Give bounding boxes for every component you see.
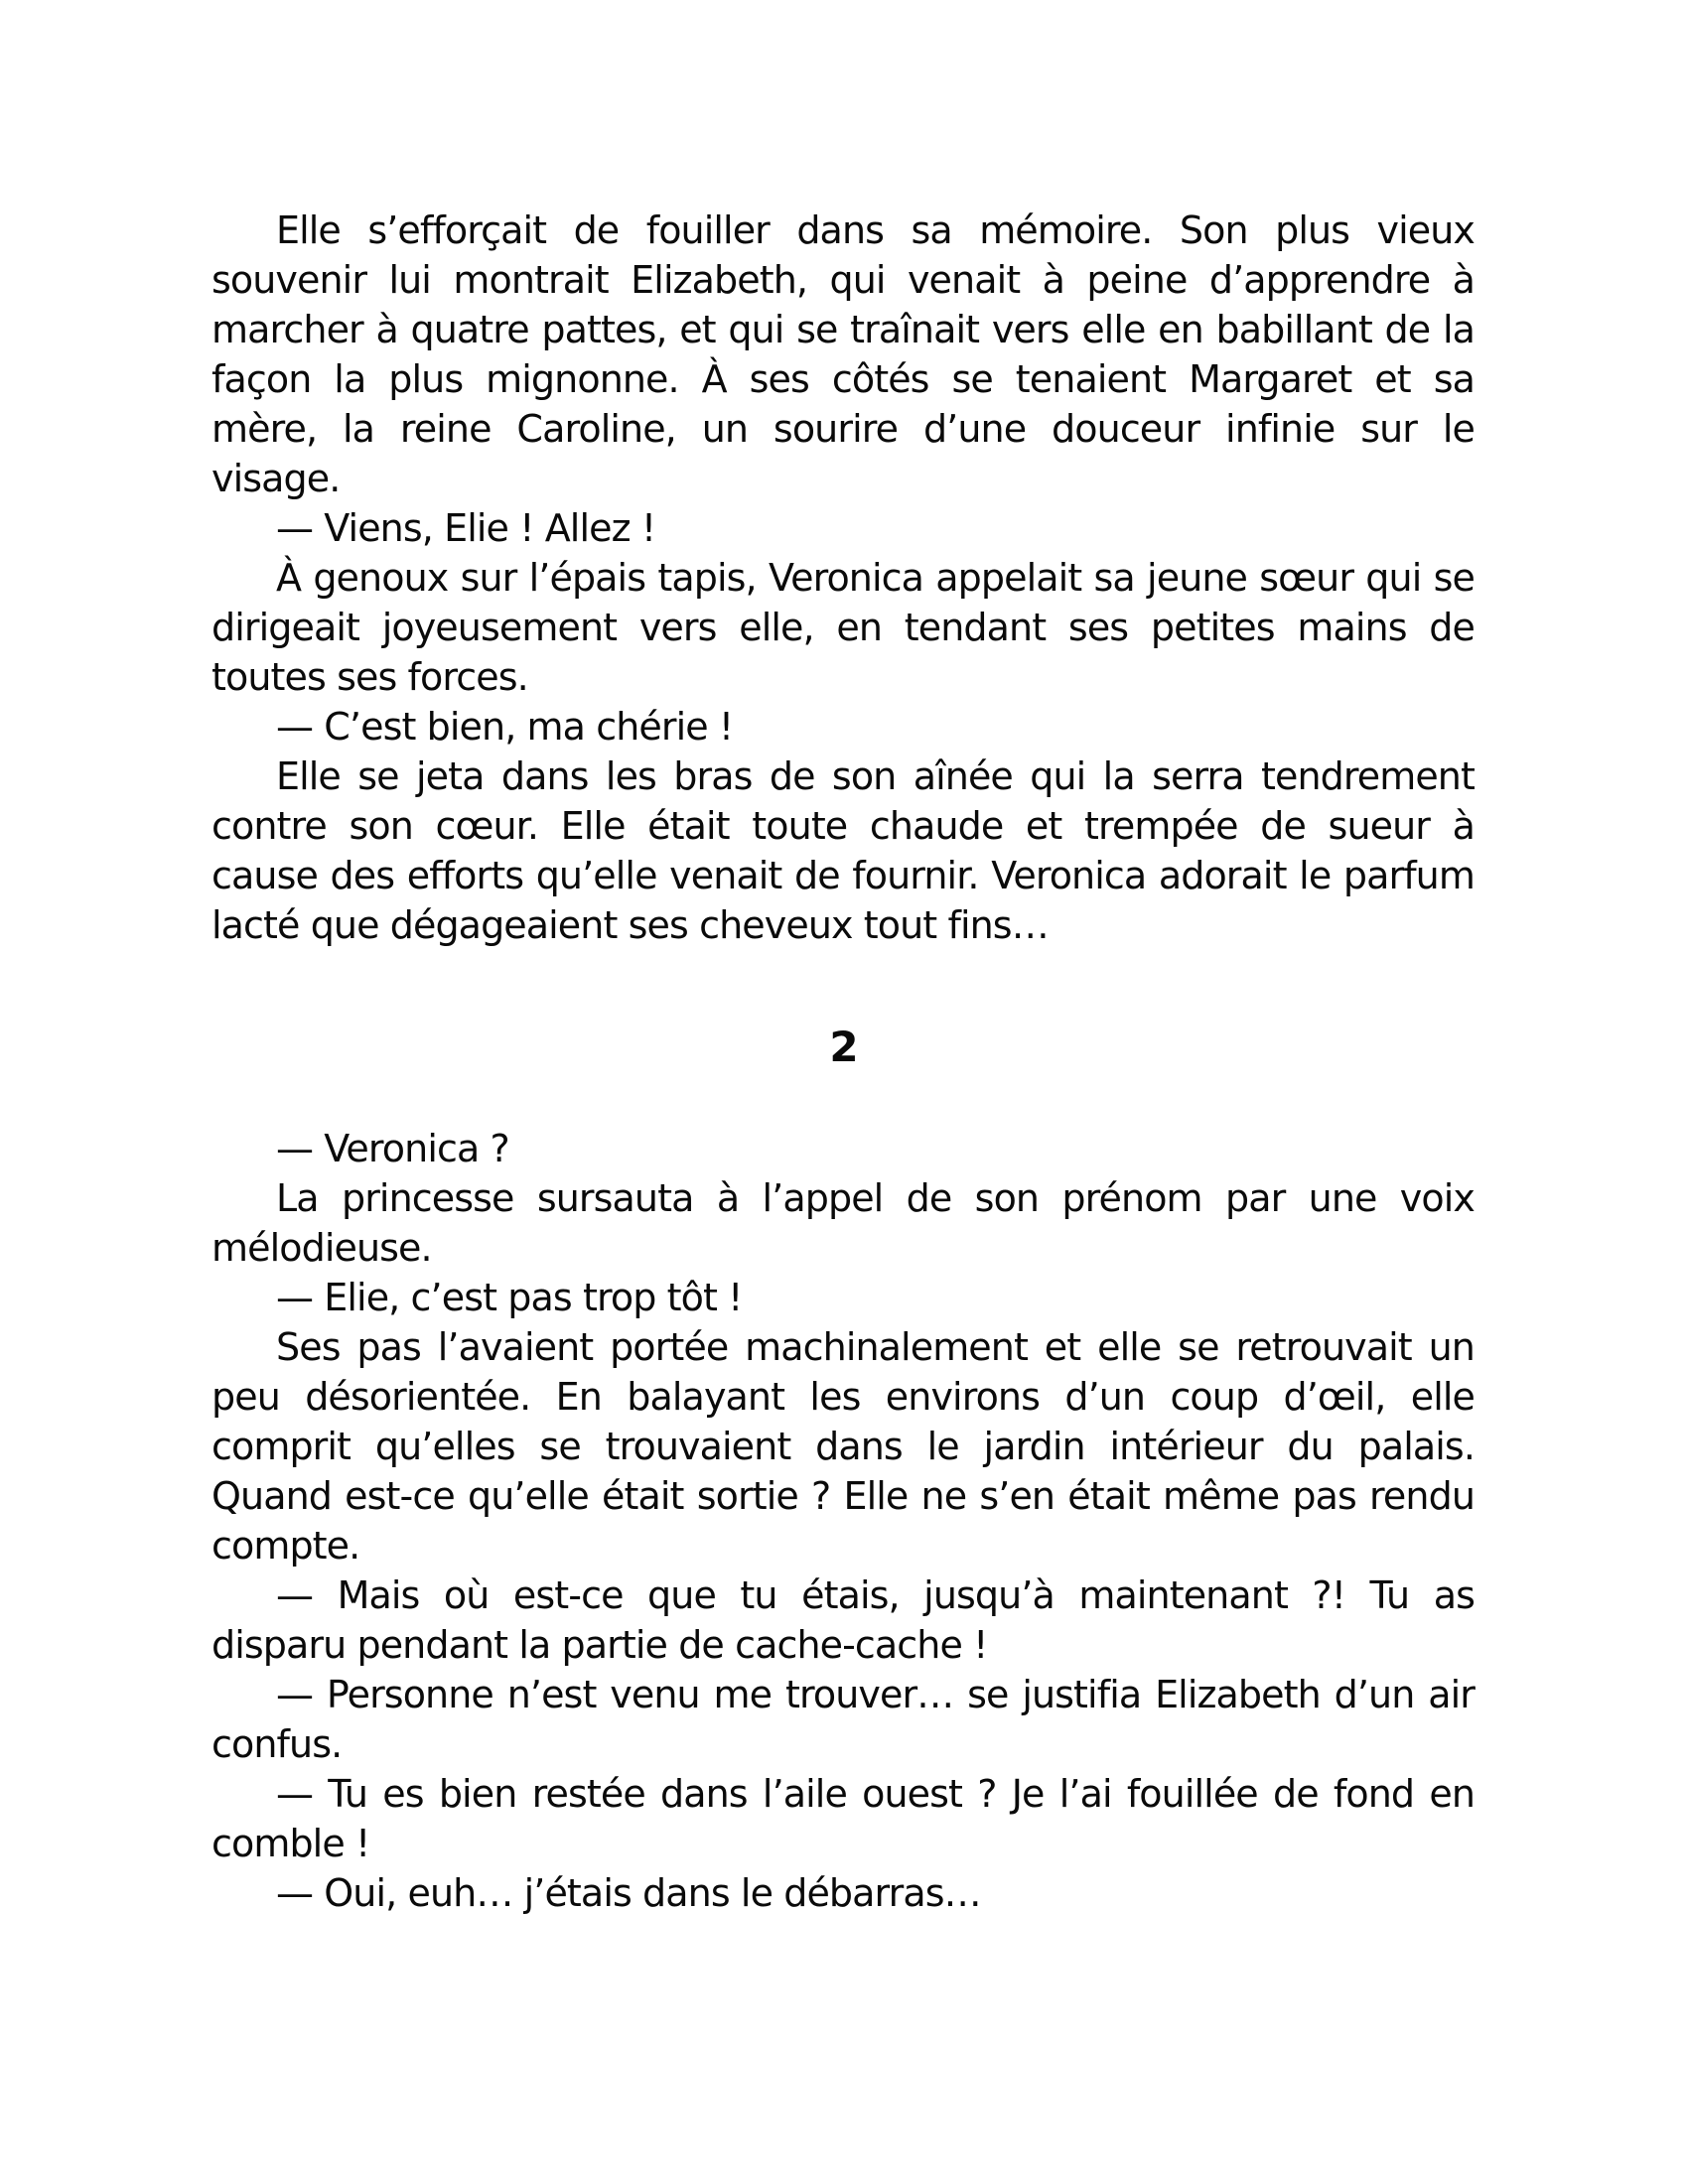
chapter-number: 2 xyxy=(0,1023,1688,1072)
text-line: dirigeait joyeusement vers elle, en tend… xyxy=(211,603,1475,652)
text-line: confus. xyxy=(211,1719,1475,1769)
text-line: mère, la reine Caroline, un sourire d’un… xyxy=(211,404,1475,454)
text-line: Quand est-ce qu’elle était sortie ? Elle… xyxy=(211,1471,1475,1521)
text-line: Ses pas l’avaient portée machinalement e… xyxy=(211,1322,1475,1372)
dialogue-line: — Elie, c’est pas trop tôt ! xyxy=(211,1273,1475,1322)
text-line: souvenir lui montrait Elizabeth, qui ven… xyxy=(211,255,1475,305)
dialogue-line: — Veronica ? xyxy=(211,1124,1475,1173)
text-line: façon la plus mignonne. À ses côtés se t… xyxy=(211,354,1475,404)
text-line: comprit qu’elles se trouvaient dans le j… xyxy=(211,1422,1475,1471)
text-line: cause des efforts qu’elle venait de four… xyxy=(211,851,1475,900)
text-line: Elle s’efforçait de fouiller dans sa mém… xyxy=(211,205,1475,255)
text-line: La princesse sursauta à l’appel de son p… xyxy=(211,1173,1475,1223)
dialogue-line: — C’est bien, ma chérie ! xyxy=(211,702,1475,751)
text-line: mélodieuse. xyxy=(211,1223,1475,1273)
book-page: Elle s’efforçait de fouiller dans sa mém… xyxy=(0,0,1688,2184)
dialogue-line: — Personne n’est venu me trouver… se jus… xyxy=(211,1670,1475,1719)
text-line: comble ! xyxy=(211,1819,1475,1868)
dialogue-line: — Tu es bien restée dans l’aile ouest ? … xyxy=(211,1769,1475,1819)
text-line: marcher à quatre pattes, et qui se traîn… xyxy=(211,305,1475,354)
dialogue-line: — Mais où est-ce que tu étais, jusqu’à m… xyxy=(211,1570,1475,1620)
text-line: lacté que dégageaient ses cheveux tout f… xyxy=(211,900,1475,950)
dialogue-line: — Viens, Elie ! Allez ! xyxy=(211,503,1475,553)
text-line: disparu pendant la partie de cache-cache… xyxy=(211,1620,1475,1670)
text-line: À genoux sur l’épais tapis, Veronica app… xyxy=(211,553,1475,603)
text-line: compte. xyxy=(211,1521,1475,1570)
text-line: peu désorientée. En balayant les environ… xyxy=(211,1372,1475,1422)
dialogue-line: — Oui, euh… j’étais dans le débarras… xyxy=(211,1868,1475,1918)
text-line: Elle se jeta dans les bras de son aînée … xyxy=(211,751,1475,801)
text-line: visage. xyxy=(211,454,1475,503)
text-line: contre son cœur. Elle était toute chaude… xyxy=(211,801,1475,851)
text-line: toutes ses forces. xyxy=(211,652,1475,702)
